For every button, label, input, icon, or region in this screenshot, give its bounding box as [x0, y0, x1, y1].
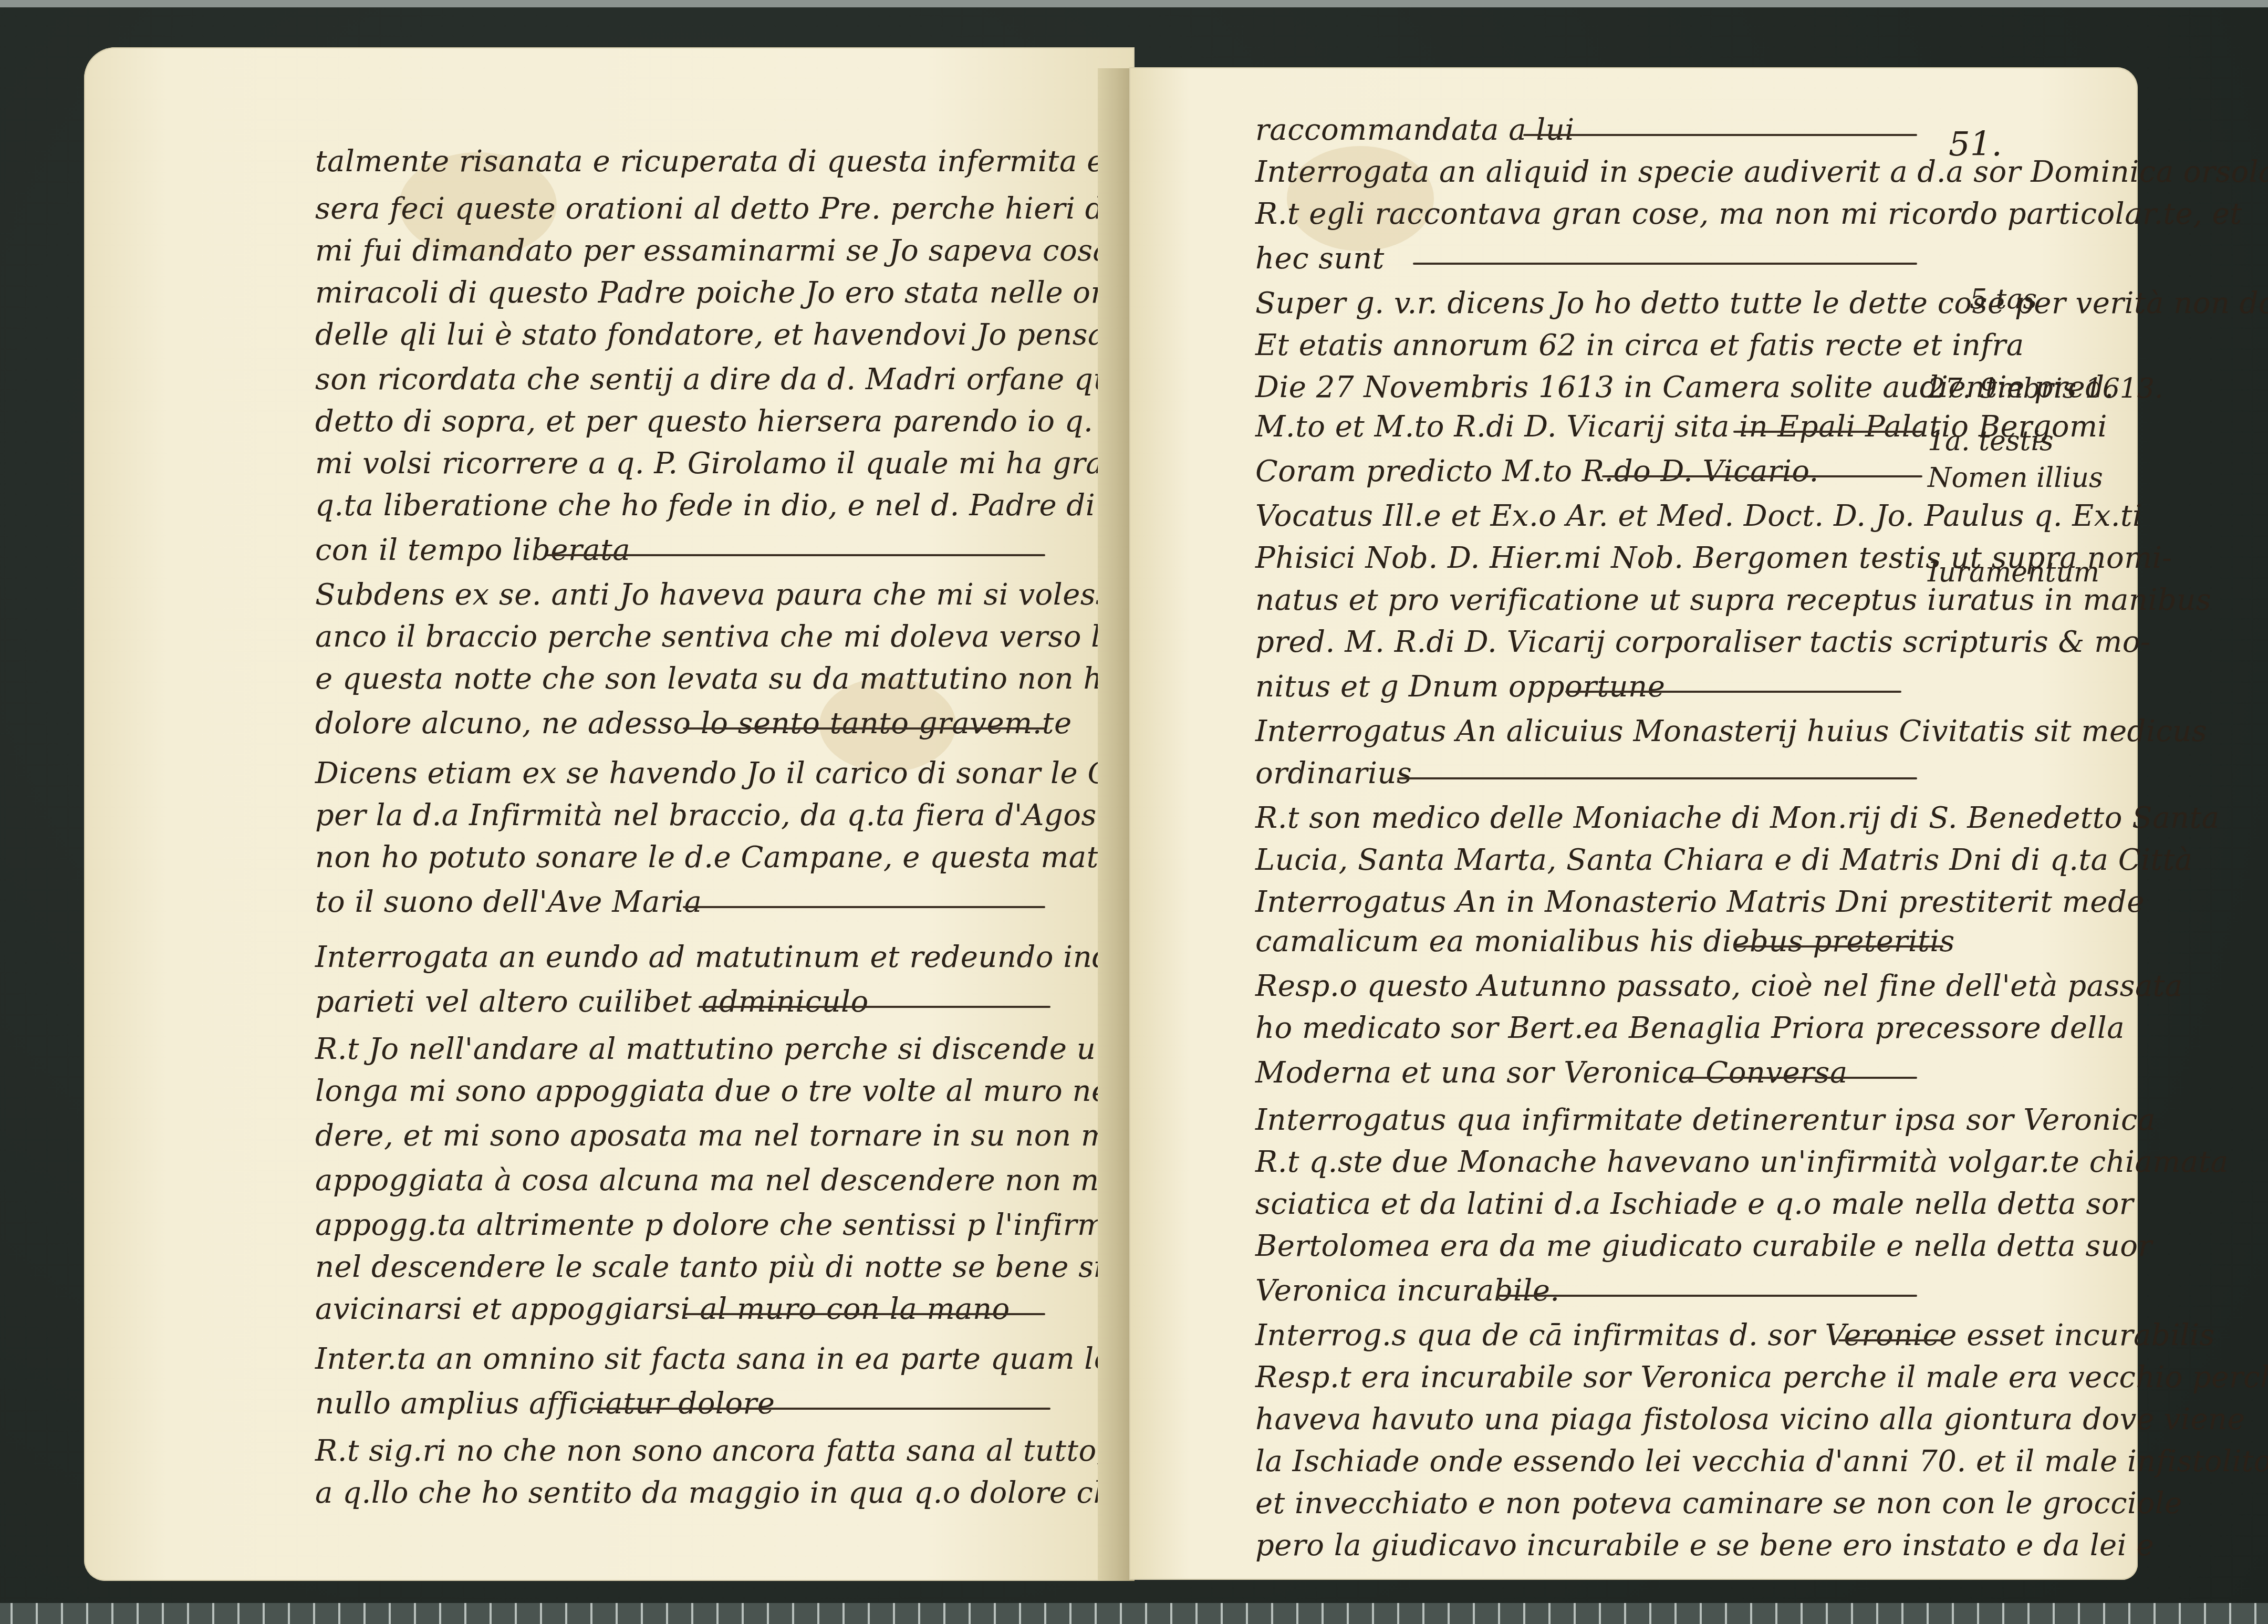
margin-note: 5 tas [1970, 284, 2037, 315]
ruler-tick [918, 1603, 920, 1624]
ruler-tick [1170, 1603, 1172, 1624]
manuscript-line: pred. M. R.di D. Vicarij corporaliser ta… [1255, 625, 2150, 659]
manuscript-line: sera feci queste orationi al detto Pre. … [315, 192, 1222, 226]
ruler-tick [61, 1603, 63, 1624]
manuscript-line: nullo amplius afficiatur dolore [315, 1387, 775, 1421]
ruler-tick [86, 1603, 88, 1624]
manuscript-line: to il suono dell'Ave Maria [315, 885, 702, 919]
manuscript-line: R.t son medico delle Moniache di Mon.rij… [1255, 801, 2220, 835]
ruler-tick [842, 1603, 845, 1624]
ruler-tick [111, 1603, 113, 1624]
ruler-tick [994, 1603, 996, 1624]
manuscript-line: R.t q.ste due Monache havevano un'infirm… [1255, 1145, 2229, 1179]
ruler-tick [565, 1603, 567, 1624]
manuscript-line: dolore alcuno, ne adesso lo sento tanto … [315, 706, 1072, 741]
ink-rule-line [1397, 777, 1917, 779]
ruler-tick [2229, 1603, 2231, 1624]
ruler-tick [389, 1603, 391, 1624]
ruler-tick [515, 1603, 517, 1624]
right-page: 51. raccommandata a luiInterrogata an al… [1129, 67, 2138, 1580]
ruler-tick [2103, 1603, 2105, 1624]
ink-rule-line [1733, 945, 1943, 948]
ruler-tick [616, 1603, 618, 1624]
manuscript-line: parieti vel altero cuilibet adminiculo [315, 985, 869, 1019]
ink-rule-line [1523, 134, 1917, 136]
ruler-tick [1851, 1603, 1853, 1624]
ruler-tick [1624, 1603, 1626, 1624]
manuscript-line: dere, et mi sono aposata ma nel tornare … [315, 1119, 1199, 1153]
ruler-tick [2078, 1603, 2080, 1624]
ruler-tick [1246, 1603, 1248, 1624]
manuscript-line: raccommandata a lui [1255, 113, 1575, 147]
ruler-tick [767, 1603, 769, 1624]
ruler-tick [1095, 1603, 1097, 1624]
manuscript-line: sciatica et da latini d.a Ischiade e q.o… [1255, 1187, 2134, 1221]
ink-rule-line [588, 1408, 1050, 1410]
ruler-tick [1422, 1603, 1424, 1624]
ruler-tick [338, 1603, 340, 1624]
manuscript-line: ho medicato sor Bert.ea Benaglia Priora … [1255, 1011, 2125, 1045]
ruler-tick [590, 1603, 592, 1624]
manuscript-line: Et etatis annorum 62 in circa et fatis r… [1255, 328, 2024, 362]
ruler-tick [2204, 1603, 2206, 1624]
manuscript-line: Dicens etiam ex se havendo Jo il carico … [315, 756, 1230, 790]
manuscript-line: talmente risanata e ricuperata di questa… [315, 144, 1227, 179]
ruler-tick [2027, 1603, 2030, 1624]
manuscript-line: Super g. v.r. dicens Jo ho detto tutte l… [1255, 286, 2268, 320]
ruler-tick [1347, 1603, 1349, 1624]
ruler-tick [1448, 1603, 1450, 1624]
ruler-tick [1397, 1603, 1399, 1624]
manuscript-line: hec sunt [1255, 242, 1385, 276]
manuscript-line: Interrogatus An alicuius Monasterij huiu… [1255, 714, 2207, 748]
ruler-tick [1901, 1603, 1903, 1624]
ruler-tick [1801, 1603, 1803, 1624]
ruler-tick [742, 1603, 744, 1624]
manuscript-line: per la d.a Infirmità nel braccio, da q.t… [315, 798, 1231, 832]
ruler-tick [716, 1603, 719, 1624]
ruler-tick [288, 1603, 290, 1624]
manuscript-line: Veronica incurabile. [1255, 1274, 1560, 1308]
ruler-tick [1700, 1603, 1702, 1624]
ruler-tick [1372, 1603, 1374, 1624]
ink-rule-line [1497, 1295, 1917, 1297]
manuscript-line: Lucia, Santa Marta, Santa Chiara e di Ma… [1255, 843, 2192, 877]
ruler-tick [868, 1603, 870, 1624]
ruler-tick [1775, 1603, 1777, 1624]
ruler-tick [666, 1603, 668, 1624]
ruler-tick [464, 1603, 466, 1624]
ruler-tick [1069, 1603, 1071, 1624]
ruler-tick [1548, 1603, 1551, 1624]
margin-note: 1a. testis [1928, 425, 2054, 457]
manuscript-line: pero la giudicavo incurabile e se bene e… [1255, 1528, 2154, 1563]
ruler-tick [1725, 1603, 1727, 1624]
ruler-tick [1195, 1603, 1198, 1624]
ink-rule-line [1681, 1077, 1917, 1079]
ink-rule-line [1838, 1339, 1943, 1341]
manuscript-line: nitus et g Dnum opportune [1255, 670, 1665, 704]
ruler-tick [1927, 1603, 1929, 1624]
ruler-tick [1599, 1603, 1601, 1624]
ruler-tick [2053, 1603, 2055, 1624]
ruler-tick [1977, 1603, 1979, 1624]
ruler-tick [2153, 1603, 2156, 1624]
ruler-tick [137, 1603, 139, 1624]
ruler-tick [817, 1603, 819, 1624]
manuscript-line: con il tempo liberata [315, 533, 630, 567]
manuscript-line: R.t egli raccontava gran cose, ma non mi… [1255, 197, 2242, 231]
ruler-tick [2254, 1603, 2256, 1624]
ruler-tick [969, 1603, 971, 1624]
ruler-tick [187, 1603, 189, 1624]
ruler-tick [691, 1603, 693, 1624]
manuscript-line: Bertolomea era da me giudicato curabile … [1255, 1229, 2152, 1263]
ruler-tick [1674, 1603, 1677, 1624]
ruler-tick [2179, 1603, 2181, 1624]
ruler-tick [1145, 1603, 1147, 1624]
manuscript-line: Vocatus Ill.e et Ex.o Ar. et Med. Doct. … [1255, 499, 2142, 533]
ruler-tick [1498, 1603, 1500, 1624]
ink-rule-line [1733, 431, 1922, 433]
manuscript-line: camalicum ea monialibus his diebus prete… [1255, 924, 1955, 959]
ruler-tick [1271, 1603, 1273, 1624]
manuscript-line: Interrogatus An in Monasterio Matris Dni… [1255, 885, 2145, 919]
ruler-tick [1750, 1603, 1752, 1624]
ruler-tick [11, 1603, 13, 1624]
manuscript-line: R.t Jo nell'andare al mattutino perche s… [315, 1032, 1220, 1066]
manuscript-line: et invecchiato e non poteva caminare se … [1255, 1486, 2182, 1521]
ink-rule-line [1565, 691, 1901, 693]
ruler-tick [2002, 1603, 2004, 1624]
manuscript-line: e questa notte che son levata su da matt… [315, 662, 1234, 696]
ink-rule-line [683, 727, 1045, 730]
manuscript-line: ordinarius [1255, 756, 1412, 790]
left-page: talmente risanata e ricuperata di questa… [84, 47, 1135, 1581]
ruler-tick [893, 1603, 895, 1624]
ink-rule-line [1413, 263, 1917, 265]
ruler-tick [439, 1603, 441, 1624]
margin-note: Iuramentum [1928, 557, 2099, 588]
scale-ruler [0, 1603, 2268, 1624]
ruler-tick [1322, 1603, 1324, 1624]
ruler-tick [212, 1603, 214, 1624]
manuscript-line: anco il braccio perche sentiva che mi do… [315, 620, 1218, 654]
ruler-tick [641, 1603, 643, 1624]
ruler-tick [1296, 1603, 1298, 1624]
scanner-top-edge [0, 0, 2268, 7]
ruler-tick [490, 1603, 492, 1624]
manuscript-line: avicinarsi et appoggiarsi al muro con la… [315, 1292, 1010, 1326]
ruler-tick [162, 1603, 164, 1624]
manuscript-line: Interrogatus qua infirmitate detinerentu… [1255, 1103, 2156, 1137]
ruler-tick [2128, 1603, 2130, 1624]
manuscript-line: mi volsi ricorrere a q. P. Girolamo il q… [315, 446, 1211, 481]
ruler-tick [414, 1603, 416, 1624]
ruler-tick [1649, 1603, 1651, 1624]
ink-rule-line [546, 554, 1045, 556]
ink-rule-line [683, 1313, 1045, 1315]
ink-rule-line [1602, 475, 1922, 477]
ruler-tick [1120, 1603, 1122, 1624]
manuscript-line: Resp.t era incurabile sor Veronica perch… [1255, 1360, 2268, 1394]
ruler-tick [943, 1603, 945, 1624]
manuscript-line: Resp.o questo Autunno passato, cioè nel … [1255, 969, 2183, 1003]
ruler-tick [1044, 1603, 1046, 1624]
ruler-tick [1523, 1603, 1525, 1624]
ruler-tick [1574, 1603, 1576, 1624]
ruler-tick [36, 1603, 38, 1624]
manuscript-line: la Ischiade onde essendo lei vecchia d'a… [1255, 1444, 2268, 1479]
manuscript-line: haveva havuto una piaga fistolosa vicino… [1255, 1402, 2245, 1436]
manuscript-line: Interrogata an aliquid in specie audiver… [1255, 155, 2268, 189]
manuscript-line: appoggiata à cosa alcuna ma nel descende… [315, 1163, 1189, 1198]
margin-note: Nomen illius [1928, 462, 2103, 494]
ruler-tick [1952, 1603, 1954, 1624]
ruler-tick [792, 1603, 794, 1624]
ruler-tick [313, 1603, 315, 1624]
ruler-tick [237, 1603, 240, 1624]
ruler-tick [1826, 1603, 1828, 1624]
ruler-tick [1221, 1603, 1223, 1624]
manuscript-line: miracoli di questo Padre poiche Jo ero s… [315, 276, 1171, 310]
manuscript-line: longa mi sono appoggiata due o tre volte… [315, 1074, 1234, 1108]
manuscript-line: Coram predicto M.to R.do D. Vicario. [1255, 454, 1819, 488]
manuscript-line: Moderna et una sor Veronica Conversa [1255, 1056, 1848, 1090]
ruler-tick [1876, 1603, 1878, 1624]
ruler-tick [263, 1603, 265, 1624]
ruler-tick [1473, 1603, 1475, 1624]
ruler-tick [1019, 1603, 1021, 1624]
margin-note: 27. 9mbris 1613. [1928, 373, 2163, 404]
ink-rule-line [683, 906, 1045, 908]
manuscript-line: Interrogata an eundo ad matutinum et red… [315, 940, 1202, 974]
ink-rule-line [699, 1006, 1050, 1008]
manuscript-line: Interrog.s qua de cā infirmitas d. sor V… [1255, 1318, 2215, 1352]
ruler-tick [540, 1603, 542, 1624]
ruler-tick [363, 1603, 366, 1624]
